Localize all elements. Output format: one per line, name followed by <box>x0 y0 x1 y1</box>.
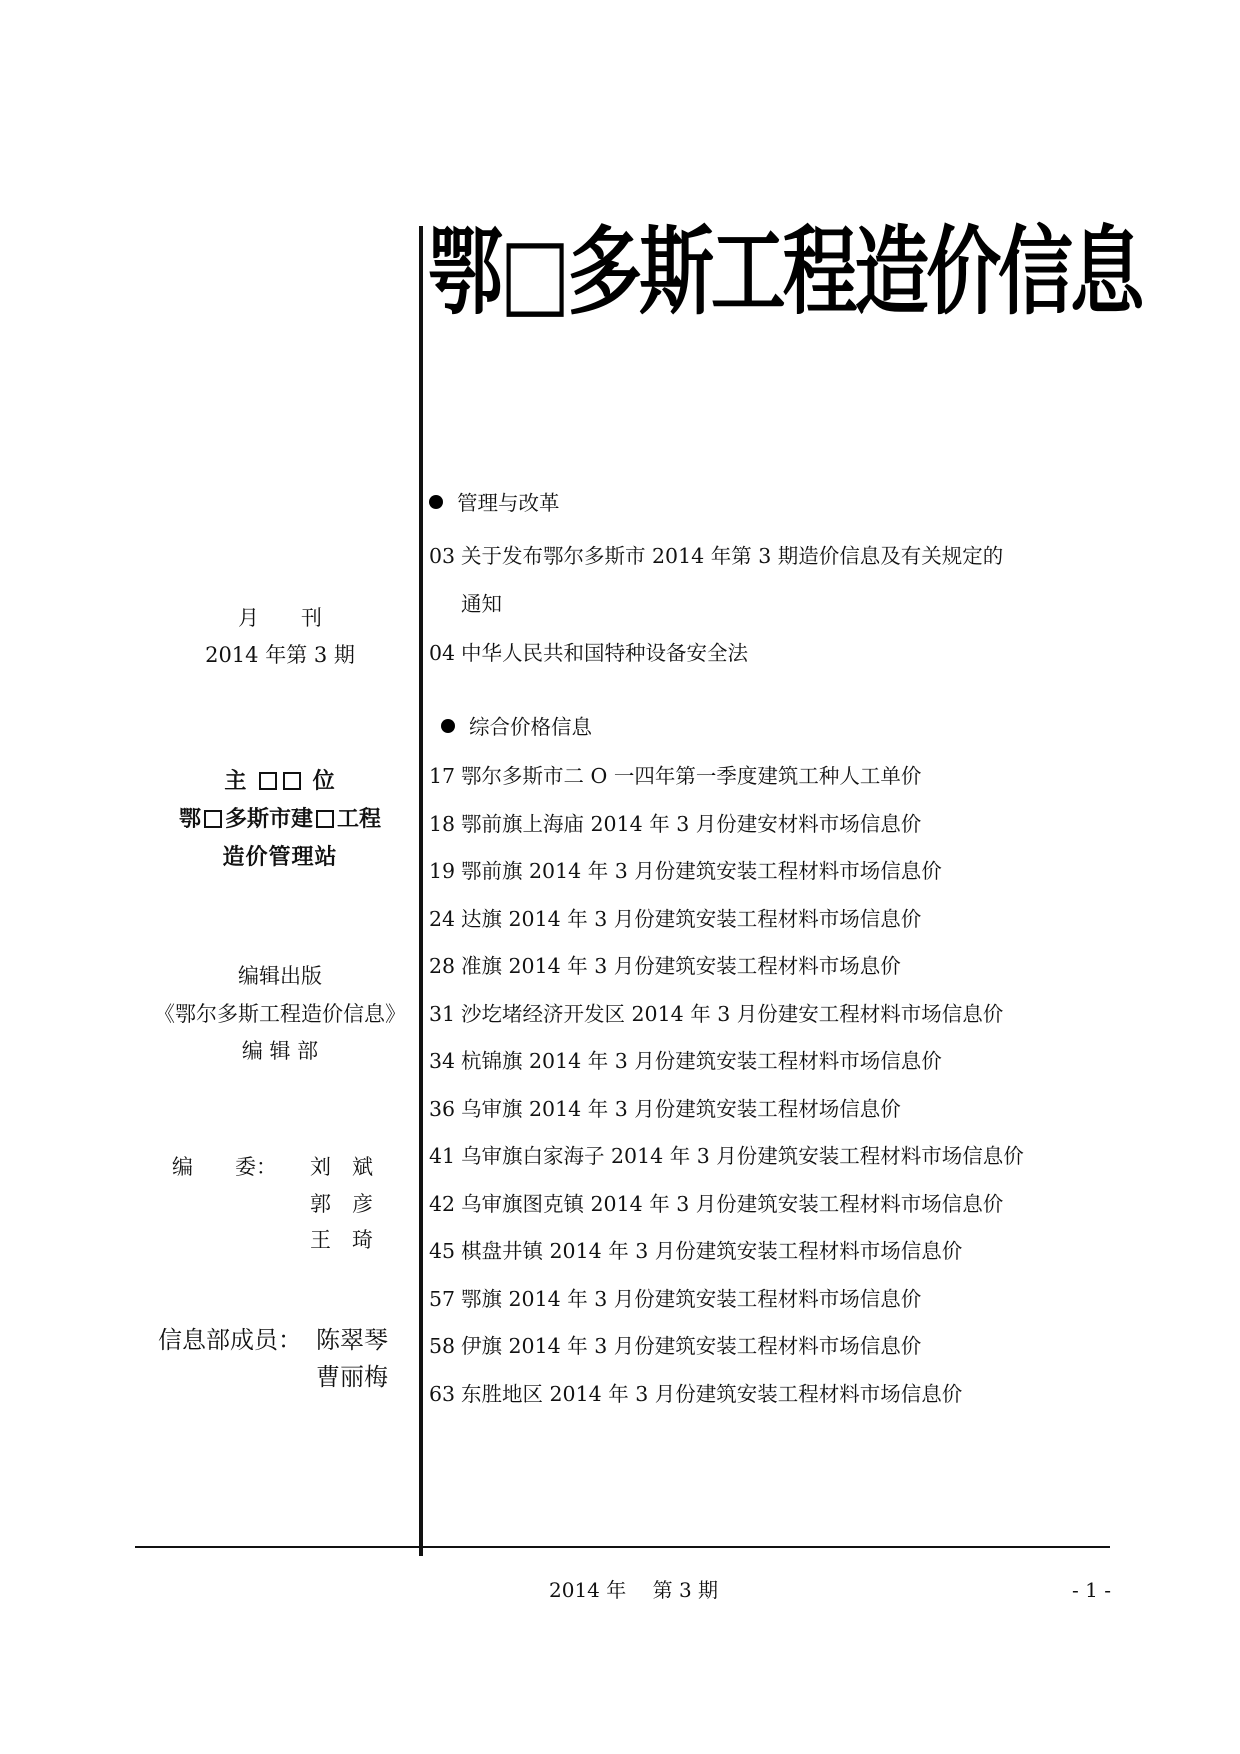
toc-entry[interactable]: 63东胜地区 2014 年 3 月份建筑安装工程材料市场信息价 <box>429 1380 962 1408</box>
editorial-board-label: 编 委： <box>172 1153 277 1181</box>
toc-page-number: 17 <box>429 762 461 790</box>
toc-entry-text: 鄂尔多斯市二 O 一四年第一季度建筑工种人工单价 <box>461 764 921 788</box>
toc-page-number: 57 <box>429 1285 461 1313</box>
host-org-line1: 鄂多斯市建工程 <box>130 806 430 834</box>
toc-entry[interactable]: 03关于发布鄂尔多斯市 2014 年第 3 期造价信息及有关规定的 <box>429 542 1003 570</box>
toc-page-number: 04 <box>429 639 461 667</box>
bullet-icon <box>429 495 443 509</box>
editorial-board-member: 王 琦 <box>310 1226 373 1254</box>
host-label-char: 主 <box>224 769 247 794</box>
toc-entry-text: 乌审旗白家海子 2014 年 3 月份建筑安装工程材料市场信息价 <box>461 1144 1024 1168</box>
toc-page-number: 63 <box>429 1380 461 1408</box>
info-dept-member: 陈翠琴 <box>316 1325 388 1355</box>
bullet-icon <box>441 719 455 733</box>
editorial-board-member: 郭 彦 <box>310 1190 373 1218</box>
host-org-part: 多斯市建 <box>225 807 313 832</box>
toc-entry-text: 中华人民共和国特种设备安全法 <box>461 641 748 665</box>
footer-issue: 2014 年 第 3 期 <box>549 1577 718 1603</box>
publication-title: 鄂□多斯工程造价信息 <box>428 212 1141 332</box>
info-dept-label: 信息部成员： <box>158 1325 302 1355</box>
missing-glyph-box <box>204 810 222 828</box>
toc-entry[interactable]: 42乌审旗图克镇 2014 年 3 月份建筑安装工程材料市场信息价 <box>429 1190 1003 1218</box>
editorial-board-member: 刘 斌 <box>310 1153 373 1181</box>
footer-page-number: - 1 - <box>1072 1577 1111 1603</box>
toc-entry[interactable]: 34杭锦旗 2014 年 3 月份建筑安装工程材料市场信息价 <box>429 1047 942 1075</box>
frequency-label: 月 刊 <box>130 604 430 632</box>
toc-page-number: 31 <box>429 1000 461 1028</box>
toc-entry[interactable]: 24达旗 2014 年 3 月份建筑安装工程材料市场信息价 <box>429 905 921 933</box>
info-dept-member: 曹丽梅 <box>316 1362 388 1392</box>
publication-name: 《鄂尔多斯工程造价信息》 <box>130 1000 430 1028</box>
issue-label: 2014 年第 3 期 <box>130 641 430 669</box>
toc-entry-text: 棋盘井镇 2014 年 3 月份建筑安装工程材料市场信息价 <box>461 1239 962 1263</box>
host-org-part: 工程 <box>337 807 381 832</box>
toc-page-number: 41 <box>429 1142 461 1170</box>
toc-entry-text: 乌审旗 2014 年 3 月份建筑安装工程材场信息价 <box>461 1097 901 1121</box>
toc-entry-text: 鄂旗 2014 年 3 月份建筑安装工程材料市场信息价 <box>461 1287 921 1311</box>
toc-entry[interactable]: 58伊旗 2014 年 3 月份建筑安装工程材料市场信息价 <box>429 1332 921 1360</box>
toc-page-number: 18 <box>429 810 461 838</box>
toc-entry-text: 鄂前旗 2014 年 3 月份建筑安装工程材料市场信息价 <box>461 859 942 883</box>
host-label-char: 位 <box>313 769 336 794</box>
toc-entry-continuation[interactable]: 通知 <box>461 590 502 618</box>
toc-page-number: 45 <box>429 1237 461 1265</box>
toc-entry-text: 乌审旗图克镇 2014 年 3 月份建筑安装工程材料市场信息价 <box>461 1192 1003 1216</box>
editorial-dept: 编 辑 部 <box>130 1037 430 1065</box>
publisher-label: 编辑出版 <box>130 962 430 990</box>
toc-entry-text: 关于发布鄂尔多斯市 2014 年第 3 期造价信息及有关规定的 <box>461 544 1003 568</box>
vertical-divider <box>419 226 423 1556</box>
toc-entry-text: 伊旗 2014 年 3 月份建筑安装工程材料市场信息价 <box>461 1334 921 1358</box>
toc-section-heading: 综合价格信息 <box>441 713 592 741</box>
toc-entry[interactable]: 36乌审旗 2014 年 3 月份建筑安装工程材场信息价 <box>429 1095 901 1123</box>
toc-entry-text: 沙圪堵经济开发区 2014 年 3 月份建安工程材料市场信息价 <box>461 1002 1003 1026</box>
toc-page-number: 42 <box>429 1190 461 1218</box>
missing-glyph-box <box>259 772 277 790</box>
toc-entry-text: 鄂前旗上海庙 2014 年 3 月份建安材料市场信息价 <box>461 812 921 836</box>
toc-entry[interactable]: 28准旗 2014 年 3 月份建筑安装工程材料市场息价 <box>429 952 901 980</box>
toc-entry[interactable]: 45棋盘井镇 2014 年 3 月份建筑安装工程材料市场信息价 <box>429 1237 962 1265</box>
host-org-part: 鄂 <box>179 807 201 832</box>
toc-entry-text: 东胜地区 2014 年 3 月份建筑安装工程材料市场信息价 <box>461 1382 962 1406</box>
toc-entry[interactable]: 18鄂前旗上海庙 2014 年 3 月份建安材料市场信息价 <box>429 810 921 838</box>
toc-page-number: 19 <box>429 857 461 885</box>
section-heading-text: 管理与改革 <box>457 491 560 515</box>
toc-entry[interactable]: 41乌审旗白家海子 2014 年 3 月份建筑安装工程材料市场信息价 <box>429 1142 1024 1170</box>
missing-glyph-box <box>316 810 334 828</box>
toc-entry[interactable]: 17鄂尔多斯市二 O 一四年第一季度建筑工种人工单价 <box>429 762 921 790</box>
toc-entry[interactable]: 04中华人民共和国特种设备安全法 <box>429 639 748 667</box>
toc-page-number: 28 <box>429 952 461 980</box>
section-heading-text: 综合价格信息 <box>469 715 592 739</box>
toc-entry-text: 准旗 2014 年 3 月份建筑安装工程材料市场息价 <box>461 954 901 978</box>
toc-section-heading: 管理与改革 <box>429 489 560 517</box>
missing-glyph-box <box>283 772 301 790</box>
host-unit-label: 主 位 <box>130 768 430 796</box>
toc-entry[interactable]: 57鄂旗 2014 年 3 月份建筑安装工程材料市场信息价 <box>429 1285 921 1313</box>
toc-entry[interactable]: 31沙圪堵经济开发区 2014 年 3 月份建安工程材料市场信息价 <box>429 1000 1003 1028</box>
toc-page-number: 36 <box>429 1095 461 1123</box>
toc-page-number: 34 <box>429 1047 461 1075</box>
toc-entry[interactable]: 19鄂前旗 2014 年 3 月份建筑安装工程材料市场信息价 <box>429 857 942 885</box>
toc-entry-text: 杭锦旗 2014 年 3 月份建筑安装工程材料市场信息价 <box>461 1049 942 1073</box>
host-org-line2: 造价管理站 <box>130 844 430 872</box>
footer-rule <box>135 1546 1110 1548</box>
toc-entry-text: 达旗 2014 年 3 月份建筑安装工程材料市场信息价 <box>461 907 921 931</box>
toc-page-number: 03 <box>429 542 461 570</box>
toc-page-number: 24 <box>429 905 461 933</box>
toc-page-number: 58 <box>429 1332 461 1360</box>
